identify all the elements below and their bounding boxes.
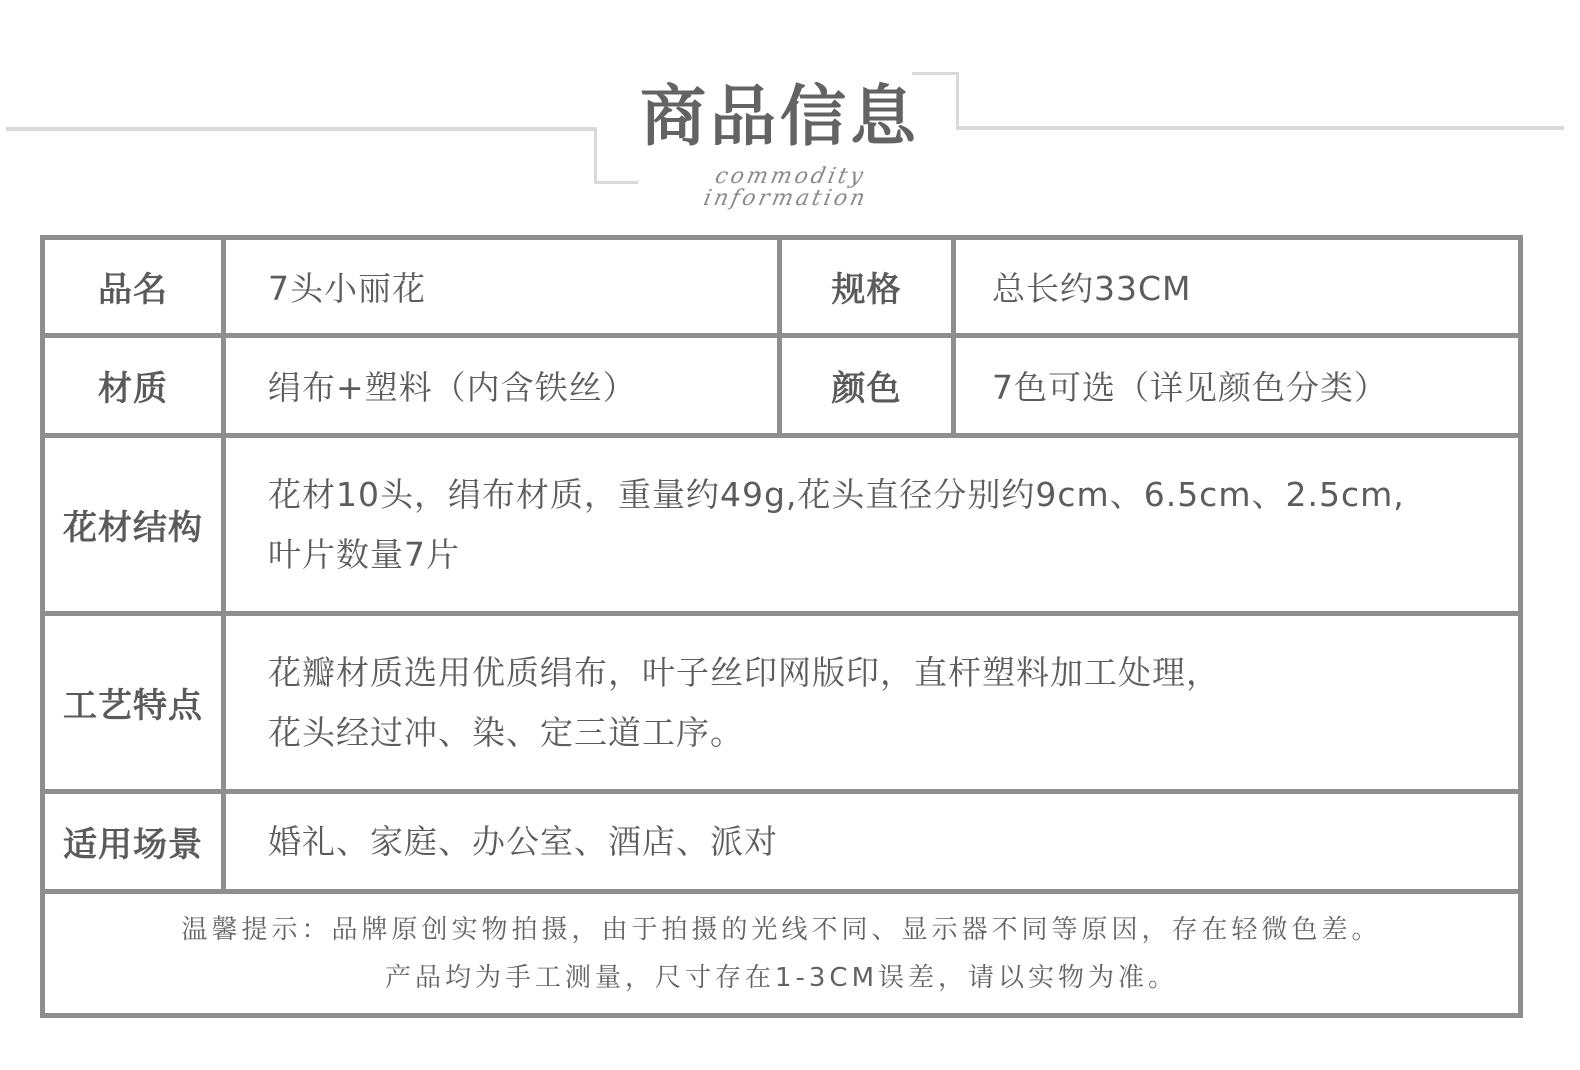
table-row-name-spec: 品名 7头小丽花 规格 总长约33CM <box>45 240 1518 338</box>
label-material: 材质 <box>45 338 226 433</box>
craft-line-2: 花头经过冲、染、定三道工序。 <box>268 703 744 763</box>
value-product-name: 7头小丽花 <box>226 240 782 333</box>
label-specification: 规格 <box>782 240 956 333</box>
notice-line-2: 产品均为手工测量，尺寸存在1-3CM误差，请以实物为准。 <box>385 954 1178 1002</box>
table-row-notice: 温馨提示：品牌原创实物拍摄，由于拍摄的光线不同、显示器不同等原因，存在轻微色差。… <box>45 894 1518 1013</box>
header-right-rule <box>956 126 1564 130</box>
page-subtitle: commodity information <box>633 166 942 210</box>
label-flower-structure: 花材结构 <box>45 438 226 611</box>
value-color: 7色可选（详见颜色分类） <box>956 338 1518 433</box>
table-row-material-color: 材质 绢布+塑料（内含铁丝） 颜色 7色可选（详见颜色分类） <box>45 338 1518 438</box>
product-info-table: 品名 7头小丽花 规格 总长约33CM 材质 绢布+塑料（内含铁丝） 颜色 7色… <box>40 235 1523 1018</box>
craft-line-1: 花瓣材质选用优质绢布，叶子丝印网版印，直杆塑料加工处理， <box>268 643 1220 703</box>
notice-line-1: 温馨提示：品牌原创实物拍摄，由于拍摄的光线不同、显示器不同等原因，存在轻微色差。 <box>181 906 1381 954</box>
value-specification: 总长约33CM <box>956 240 1518 333</box>
table-row-scenarios: 适用场景 婚礼、家庭、办公室、酒店、派对 <box>45 794 1518 894</box>
notice-box: 温馨提示：品牌原创实物拍摄，由于拍摄的光线不同、显示器不同等原因，存在轻微色差。… <box>45 894 1518 1013</box>
value-craft-features: 花瓣材质选用优质绢布，叶子丝印网版印，直杆塑料加工处理， 花头经过冲、染、定三道… <box>226 616 1518 789</box>
header-right-overline <box>912 72 958 75</box>
label-scenarios: 适用场景 <box>45 794 226 889</box>
structure-line-2: 叶片数量7片 <box>268 525 460 585</box>
label-craft-features: 工艺特点 <box>45 616 226 789</box>
value-material: 绢布+塑料（内含铁丝） <box>226 338 782 433</box>
structure-line-1: 花材10头，绢布材质，重量约49g,花头直径分别约9cm、6.5cm、2.5cm… <box>268 465 1405 525</box>
header-right-bracket <box>956 72 959 129</box>
value-scenarios: 婚礼、家庭、办公室、酒店、派对 <box>226 794 1518 889</box>
label-product-name: 品名 <box>45 240 226 333</box>
label-color: 颜色 <box>782 338 956 433</box>
value-flower-structure: 花材10头，绢布材质，重量约49g,花头直径分别约9cm、6.5cm、2.5cm… <box>226 438 1518 611</box>
header-left-bracket <box>594 127 597 183</box>
page-title: 商品信息 <box>640 84 920 150</box>
header-left-underline <box>594 181 638 184</box>
table-row-craft: 工艺特点 花瓣材质选用优质绢布，叶子丝印网版印，直杆塑料加工处理， 花头经过冲、… <box>45 616 1518 794</box>
table-row-structure: 花材结构 花材10头，绢布材质，重量约49g,花头直径分别约9cm、6.5cm、… <box>45 438 1518 616</box>
header-left-rule <box>6 127 596 131</box>
